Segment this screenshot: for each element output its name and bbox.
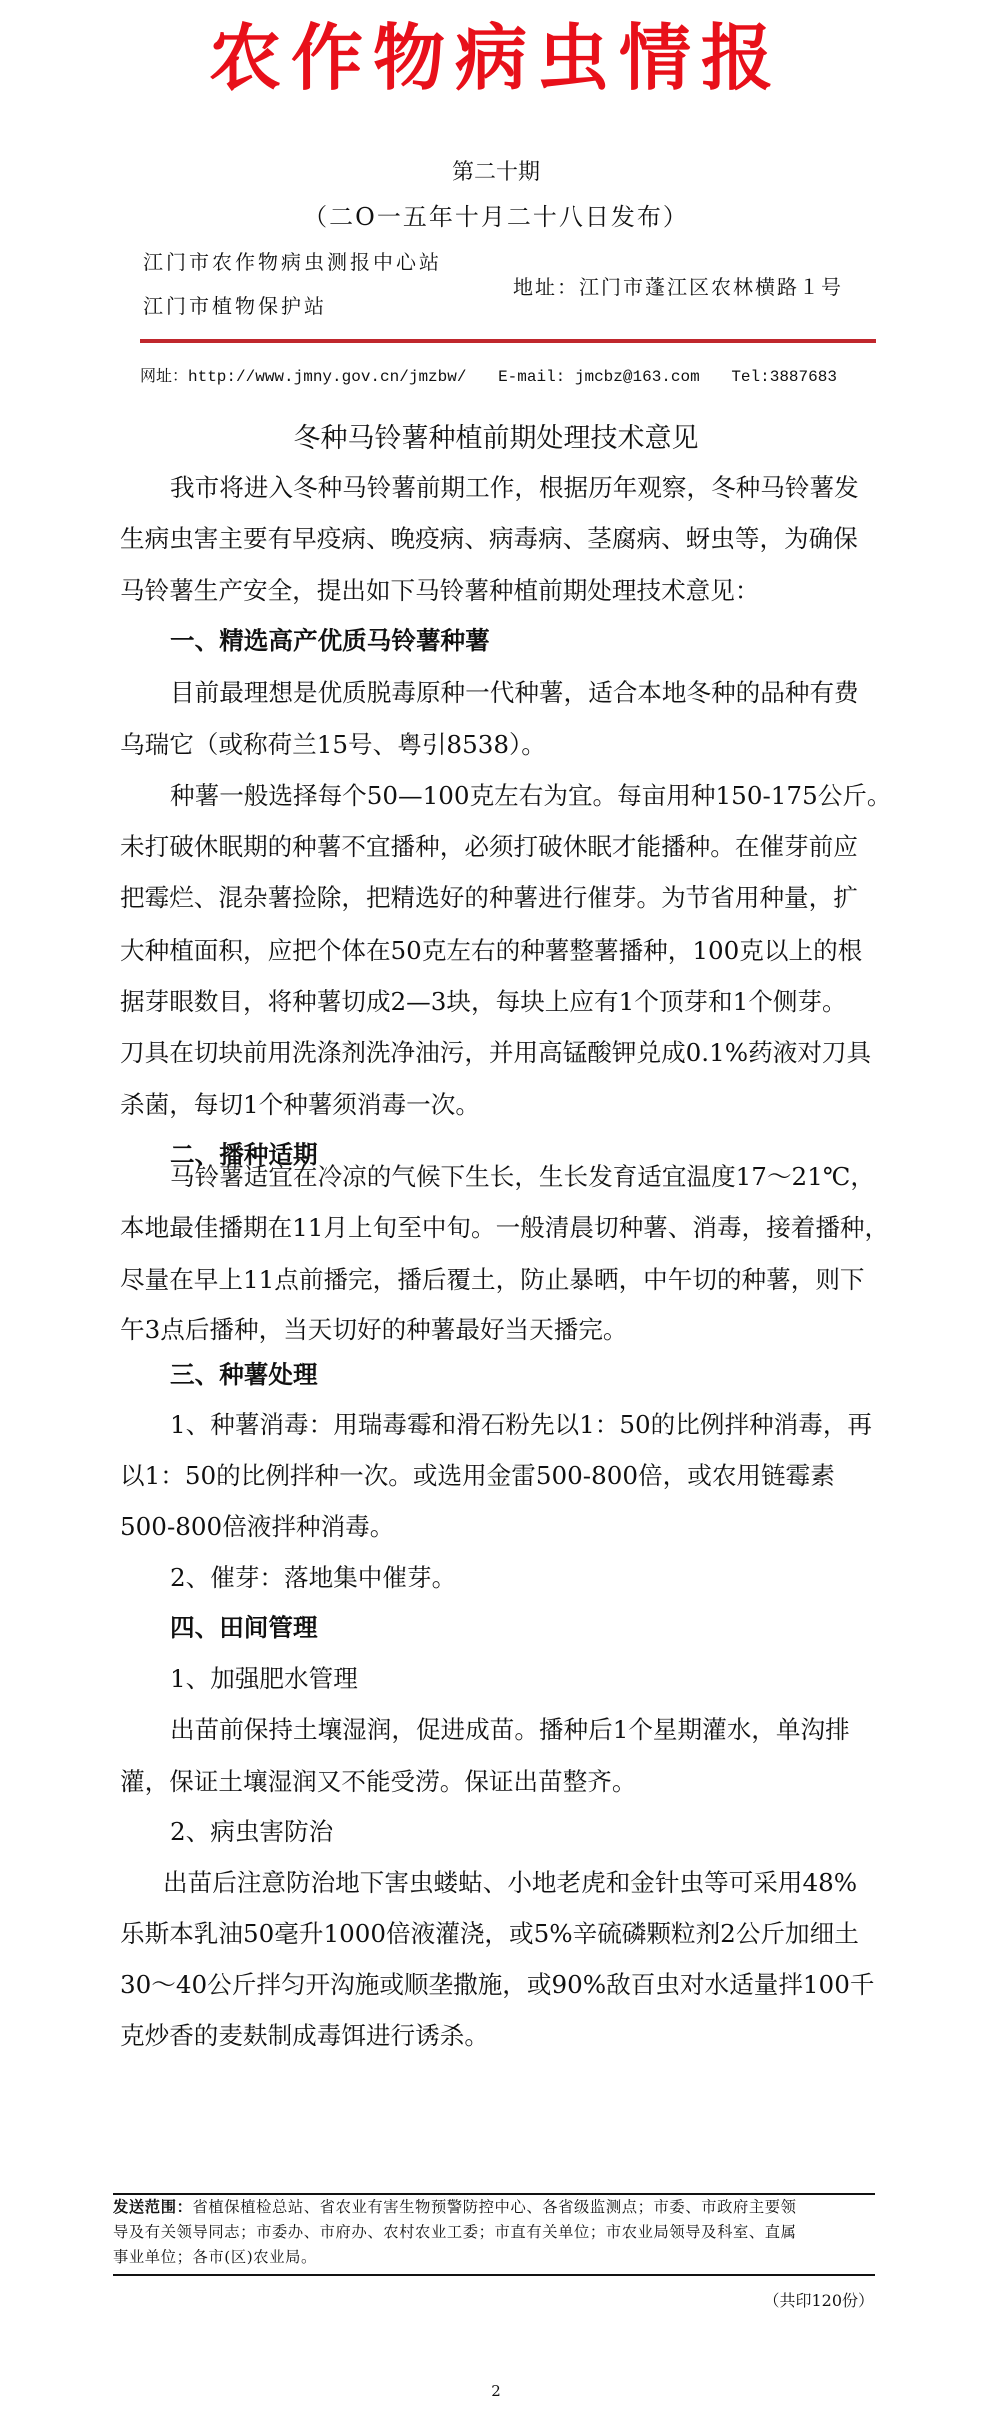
- body-line: 尽量在早上11点前播完，播后覆土，防止暴晒，中午切的种薯，则下: [120, 1263, 865, 1297]
- email-link[interactable]: E-mail: jmcbz@163.com: [498, 368, 700, 386]
- body-line: 500-800倍液拌种消毒。: [120, 1510, 394, 1544]
- body-line: 2、病虫害防治: [170, 1815, 333, 1849]
- page-number: 2: [0, 2380, 992, 2402]
- publisher-org-2: 江门市植物保护站: [143, 292, 327, 320]
- body-line: 刀具在切块前用洗涤剂洗净油污，并用高锰酸钾兑成0.1%药液对刀具: [120, 1036, 871, 1070]
- body-line: 2、催芽：落地集中催芽。: [170, 1561, 456, 1595]
- body-line: 把霉烂、混杂薯捡除，把精选好的种薯进行催芽。为节省用种量，扩: [120, 881, 858, 915]
- section-heading: 三、种薯处理: [170, 1358, 318, 1392]
- distribution-line-3: 事业单位；各市(区)农业局。: [113, 2245, 875, 2270]
- body-line: 马铃薯生产安全，提出如下马铃薯种植前期处理技术意见：: [120, 574, 759, 608]
- tel-text: Tel:3887683: [731, 368, 837, 386]
- body-line: 目前最理想是优质脱毒原种一代种薯，适合本地冬种的品种有费: [170, 676, 859, 710]
- body-line: 午3点后播种，当天切好的种薯最好当天播完。: [120, 1313, 628, 1347]
- distribution-label: 发送范围：: [113, 2198, 193, 2216]
- website-link[interactable]: 网址：http://www.jmny.gov.cn/jmzbw/: [140, 368, 466, 386]
- section-heading: 四、田间管理: [170, 1611, 318, 1645]
- section-heading: 一、精选高产优质马铃薯种薯: [170, 624, 490, 658]
- publisher-org-1: 江门市农作物病虫测报中心站: [143, 248, 442, 276]
- body-line: 本地最佳播期在11月上旬至中旬。一般清晨切种薯、消毒，接着播种，: [120, 1211, 889, 1245]
- body-line: 1、加强肥水管理: [170, 1662, 358, 1696]
- body-line: 杀菌，每切1个种薯须消毒一次。: [120, 1088, 480, 1122]
- body-line: 乌瑞它（或称荷兰15号、粤引8538）。: [120, 728, 546, 762]
- body-line: 乐斯本乳油50毫升1000倍液灌浇，或5%辛硫磷颗粒剂2公斤加细土: [120, 1917, 859, 1951]
- issue-date: （二O一五年十月二十八日发布）: [0, 200, 992, 234]
- header-divider: [140, 339, 876, 343]
- body-line: 灌，保证土壤湿润又不能受涝。保证出苗整齐。: [120, 1765, 636, 1799]
- body-line: 我市将进入冬种马铃薯前期工作，根据历年观察，冬种马铃薯发: [170, 471, 859, 505]
- body-line: 克炒香的麦麸制成毒饵进行诱杀。: [120, 2019, 489, 2053]
- body-line: 出苗后注意防治地下害虫蝼蛄、小地老虎和金针虫等可采用48%: [163, 1866, 857, 1900]
- body-line: 马铃薯适宜在冷凉的气候下生长，生长发育适宜温度17～21℃，: [170, 1160, 875, 1194]
- article-title: 冬种马铃薯种植前期处理技术意见: [0, 421, 992, 457]
- body-line: 以1：50的比例拌种一次。或选用金雷500-800倍，或农用链霉素: [120, 1459, 835, 1493]
- distribution-line-1: 发送范围：省植保植检总站、省农业有害生物预警防控中心、各省级监测点；市委、市政府…: [113, 2195, 875, 2220]
- body-line: 出苗前保持土壤湿润，促进成苗。播种后1个星期灌水，单沟排: [170, 1713, 850, 1747]
- distribution-text-1: 省植保植检总站、省农业有害生物预警防控中心、各省级监测点；市委、市政府主要领: [193, 2198, 797, 2216]
- footer-bottom-rule: [113, 2274, 875, 2276]
- distribution-line-2: 导及有关领导同志；市委办、市府办、农村农业工委；市直有关单位；市农业局领导及科室…: [113, 2220, 875, 2245]
- body-line: 1、种薯消毒：用瑞毒霉和滑石粉先以1：50的比例拌种消毒，再: [170, 1408, 872, 1442]
- masthead-title: 农作物病虫情报: [0, 14, 992, 102]
- body-line: 大种植面积，应把个体在50克左右的种薯整薯播种，100克以上的根: [120, 934, 862, 968]
- body-line: 种薯一般选择每个50—100克左右为宜。每亩用种150-175公斤。: [170, 779, 892, 813]
- body-line: 生病虫害主要有早疫病、晚疫病、病毒病、茎腐病、蚜虫等，为确保: [120, 522, 858, 556]
- body-line: 据芽眼数目，将种薯切成2—3块，每块上应有1个顶芽和1个侧芽。: [120, 985, 847, 1019]
- body-line: 未打破休眠期的种薯不宜播种，必须打破休眠才能播种。在催芽前应: [120, 830, 858, 864]
- publisher-address: 地址：江门市蓬江区农林横路１号: [513, 273, 843, 301]
- body-line: 30～40公斤拌匀开沟施或顺垄撒施，或90%敌百虫对水适量拌100千: [120, 1968, 874, 2002]
- contact-bar: 网址：http://www.jmny.gov.cn/jmzbw/ E-mail:…: [140, 365, 859, 389]
- issue-number: 第二十期: [0, 158, 992, 188]
- print-copies: （共印120份）: [763, 2289, 874, 2313]
